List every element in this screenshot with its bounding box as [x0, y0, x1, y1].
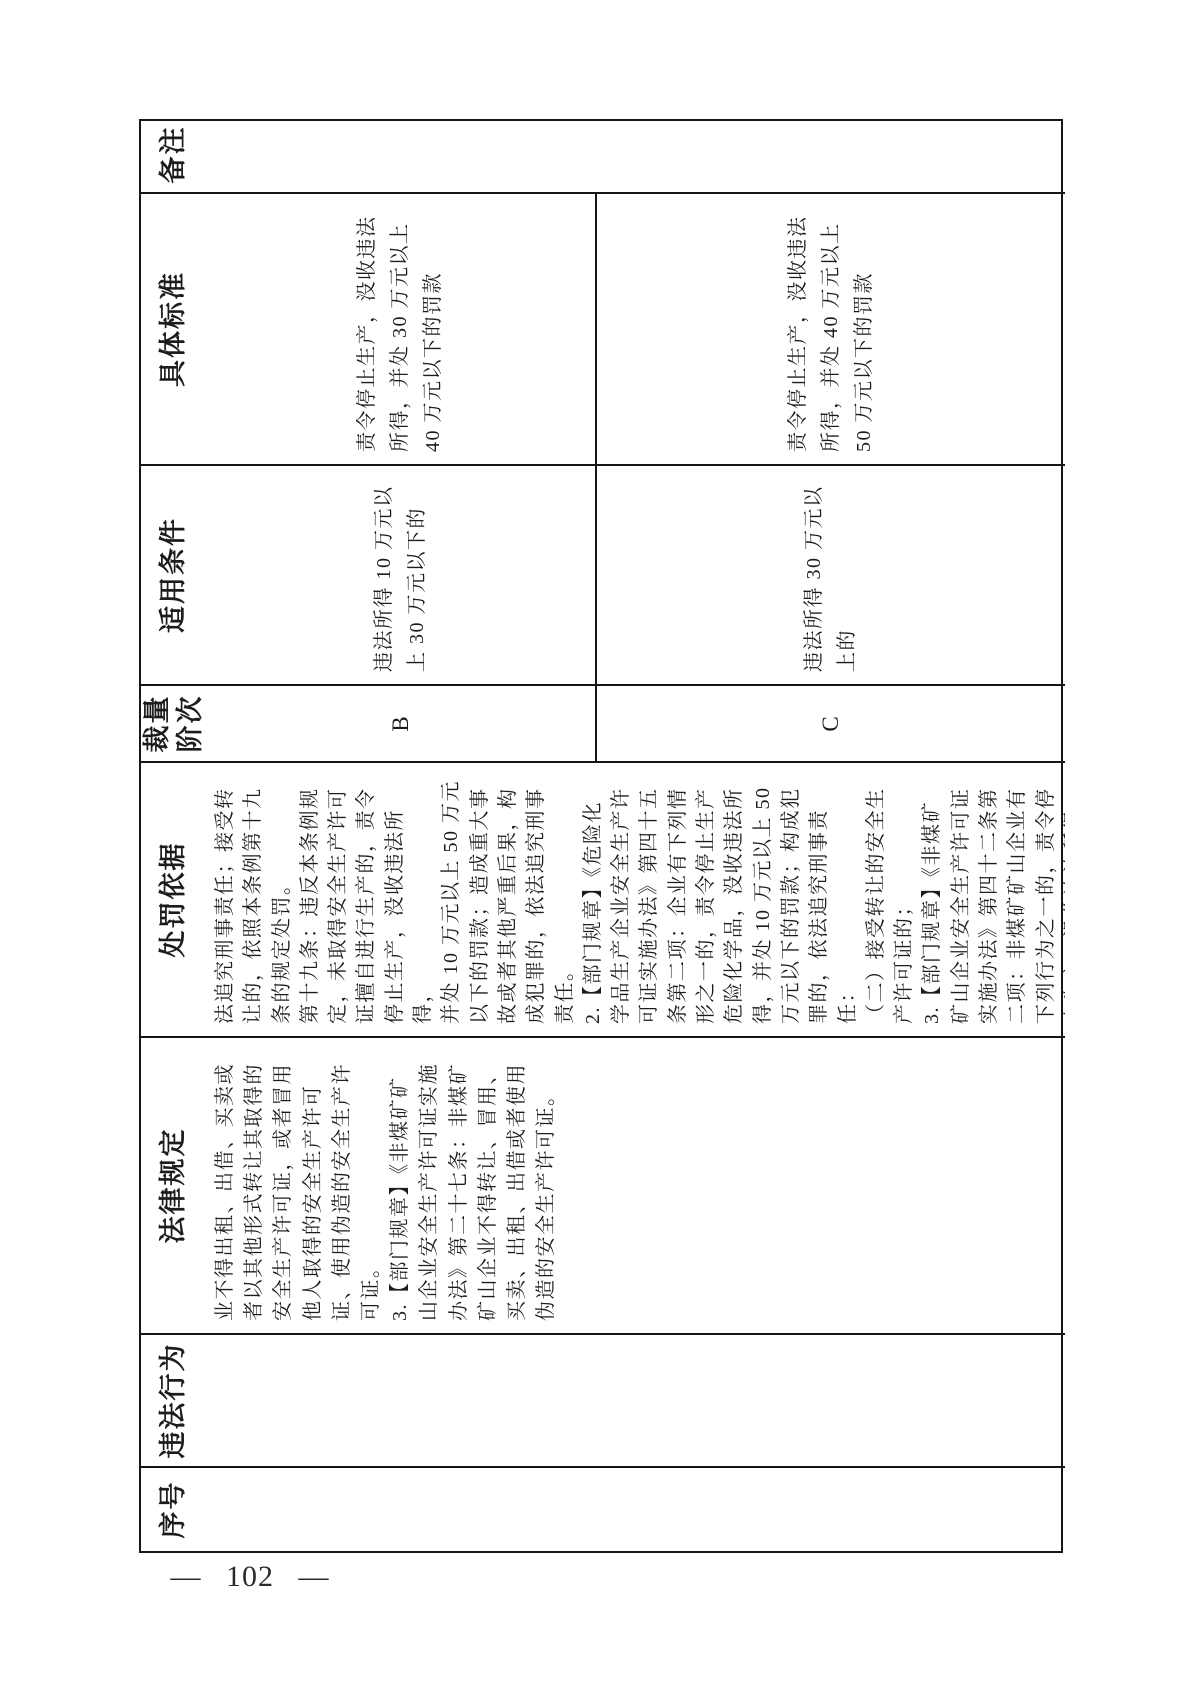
cell-serial-number	[206, 1468, 1065, 1551]
header-legal-provision: 法律规定	[141, 1038, 206, 1335]
header-applicable-condition: 适用条件	[141, 466, 206, 686]
cell-remark	[206, 117, 1065, 194]
cell-applicable-condition-b: 违法所得 10 万元以 上 30 万元以下的	[206, 466, 595, 686]
cell-specific-standard-c: 责令停止生产，没收违法 所得，并处 40 万元以上 50 万元以下的罚款	[595, 194, 1065, 466]
cell-tier-c: C	[595, 686, 1065, 763]
header-remark: 备注	[141, 117, 206, 194]
cell-penalty-basis: 法追究刑事责任；接受转 让的，依照本条例第十九 条的规定处罚。 第十九条：违反本…	[206, 763, 1065, 1038]
specific-standard-b-text: 责令停止生产，没收违法 所得，并处 30 万元以上 40 万元以下的罚款	[351, 216, 450, 465]
cell-applicable-condition-c: 违法所得 30 万元以 上的	[595, 466, 1065, 686]
header-specific-standard: 具体标准	[141, 194, 206, 466]
cell-legal-provision: 业不得出租、出借、买卖或 者以其他形式转让其取得的 安全生产许可证，或者冒用 他…	[206, 1038, 1065, 1335]
penalty-discretion-table: 序号 违法行为 法律规定 处罚依据 裁量 阶次 适用条件 具体标准 备注 业不得…	[139, 119, 1063, 1553]
document-page: 序号 违法行为 法律规定 处罚依据 裁量 阶次 适用条件 具体标准 备注 业不得…	[0, 0, 1190, 1684]
header-illegal-act: 违法行为	[141, 1335, 206, 1468]
specific-standard-c-text: 责令停止生产，没收违法 所得，并处 40 万元以上 50 万元以下的罚款	[782, 216, 881, 465]
cell-illegal-act	[206, 1335, 1065, 1468]
cell-specific-standard-b: 责令停止生产，没收违法 所得，并处 30 万元以上 40 万元以下的罚款	[206, 194, 595, 466]
applicable-condition-c-text: 违法所得 30 万元以 上的	[798, 486, 864, 685]
header-penalty-basis: 处罚依据	[141, 763, 206, 1038]
header-serial-number: 序号	[141, 1468, 206, 1551]
applicable-condition-b-text: 违法所得 10 万元以 上 30 万元以下的	[368, 486, 434, 685]
cell-tier-b: B	[206, 686, 595, 763]
header-discretion-tier: 裁量 阶次	[141, 686, 206, 763]
page-number: — 102 —	[150, 1560, 350, 1594]
